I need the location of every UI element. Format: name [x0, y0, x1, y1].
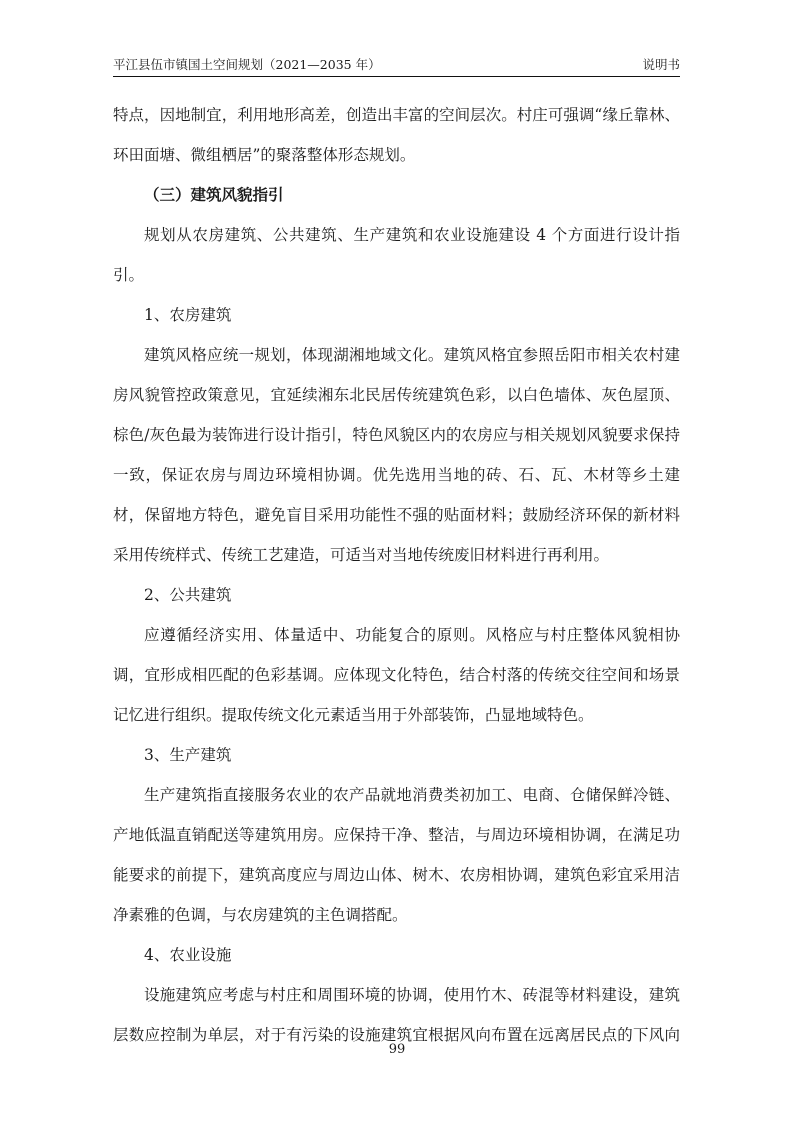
paragraph-production-buildings-detail: 生产建筑指直接服务农业的农产品就地消费类初加工、电商、仓储保鲜冷链、产地低温直销… — [113, 775, 680, 935]
subheading-public-buildings: 2、公共建筑 — [113, 575, 680, 615]
section-heading-building-style-guidance: （三）建筑风貌指引 — [113, 175, 680, 215]
document-body: 特点，因地制宜，利用地形高差，创造出丰富的空间层次。村庄可强调“缘丘靠林、环田面… — [113, 95, 680, 1055]
paragraph-design-guidance-overview: 规划从农房建筑、公共建筑、生产建筑和农业设施建设 4 个方面进行设计指引。 — [113, 215, 680, 295]
header-doc-type-label: 说明书 — [642, 57, 680, 73]
paragraph-farm-housing-detail: 建筑风格应统一规划，体现湖湘地域文化。建筑风格宜参照岳阳市相关农村建房风貌管控政… — [113, 335, 680, 575]
header-document-title: 平江县伍市镇国土空间规划（2021—2035 年） — [113, 57, 381, 73]
document-page: 平江县伍市镇国土空间规划（2021—2035 年） 说明书 特点，因地制宜，利用… — [0, 0, 794, 1122]
page-number: 99 — [389, 1042, 406, 1057]
paragraph-village-form-continuation: 特点，因地制宜，利用地形高差，创造出丰富的空间层次。村庄可强调“缘丘靠林、环田面… — [113, 95, 680, 175]
paragraph-public-buildings-detail: 应遵循经济实用、体量适中、功能复合的原则。风格应与村庄整体风貌相协调，宜形成相匹… — [113, 615, 680, 735]
subheading-production-buildings: 3、生产建筑 — [113, 735, 680, 775]
subheading-agricultural-facilities: 4、农业设施 — [113, 935, 680, 975]
page-header: 平江县伍市镇国土空间规划（2021—2035 年） 说明书 — [113, 57, 680, 77]
subheading-farm-housing: 1、农房建筑 — [113, 295, 680, 335]
page-footer: 99 — [0, 1040, 794, 1060]
